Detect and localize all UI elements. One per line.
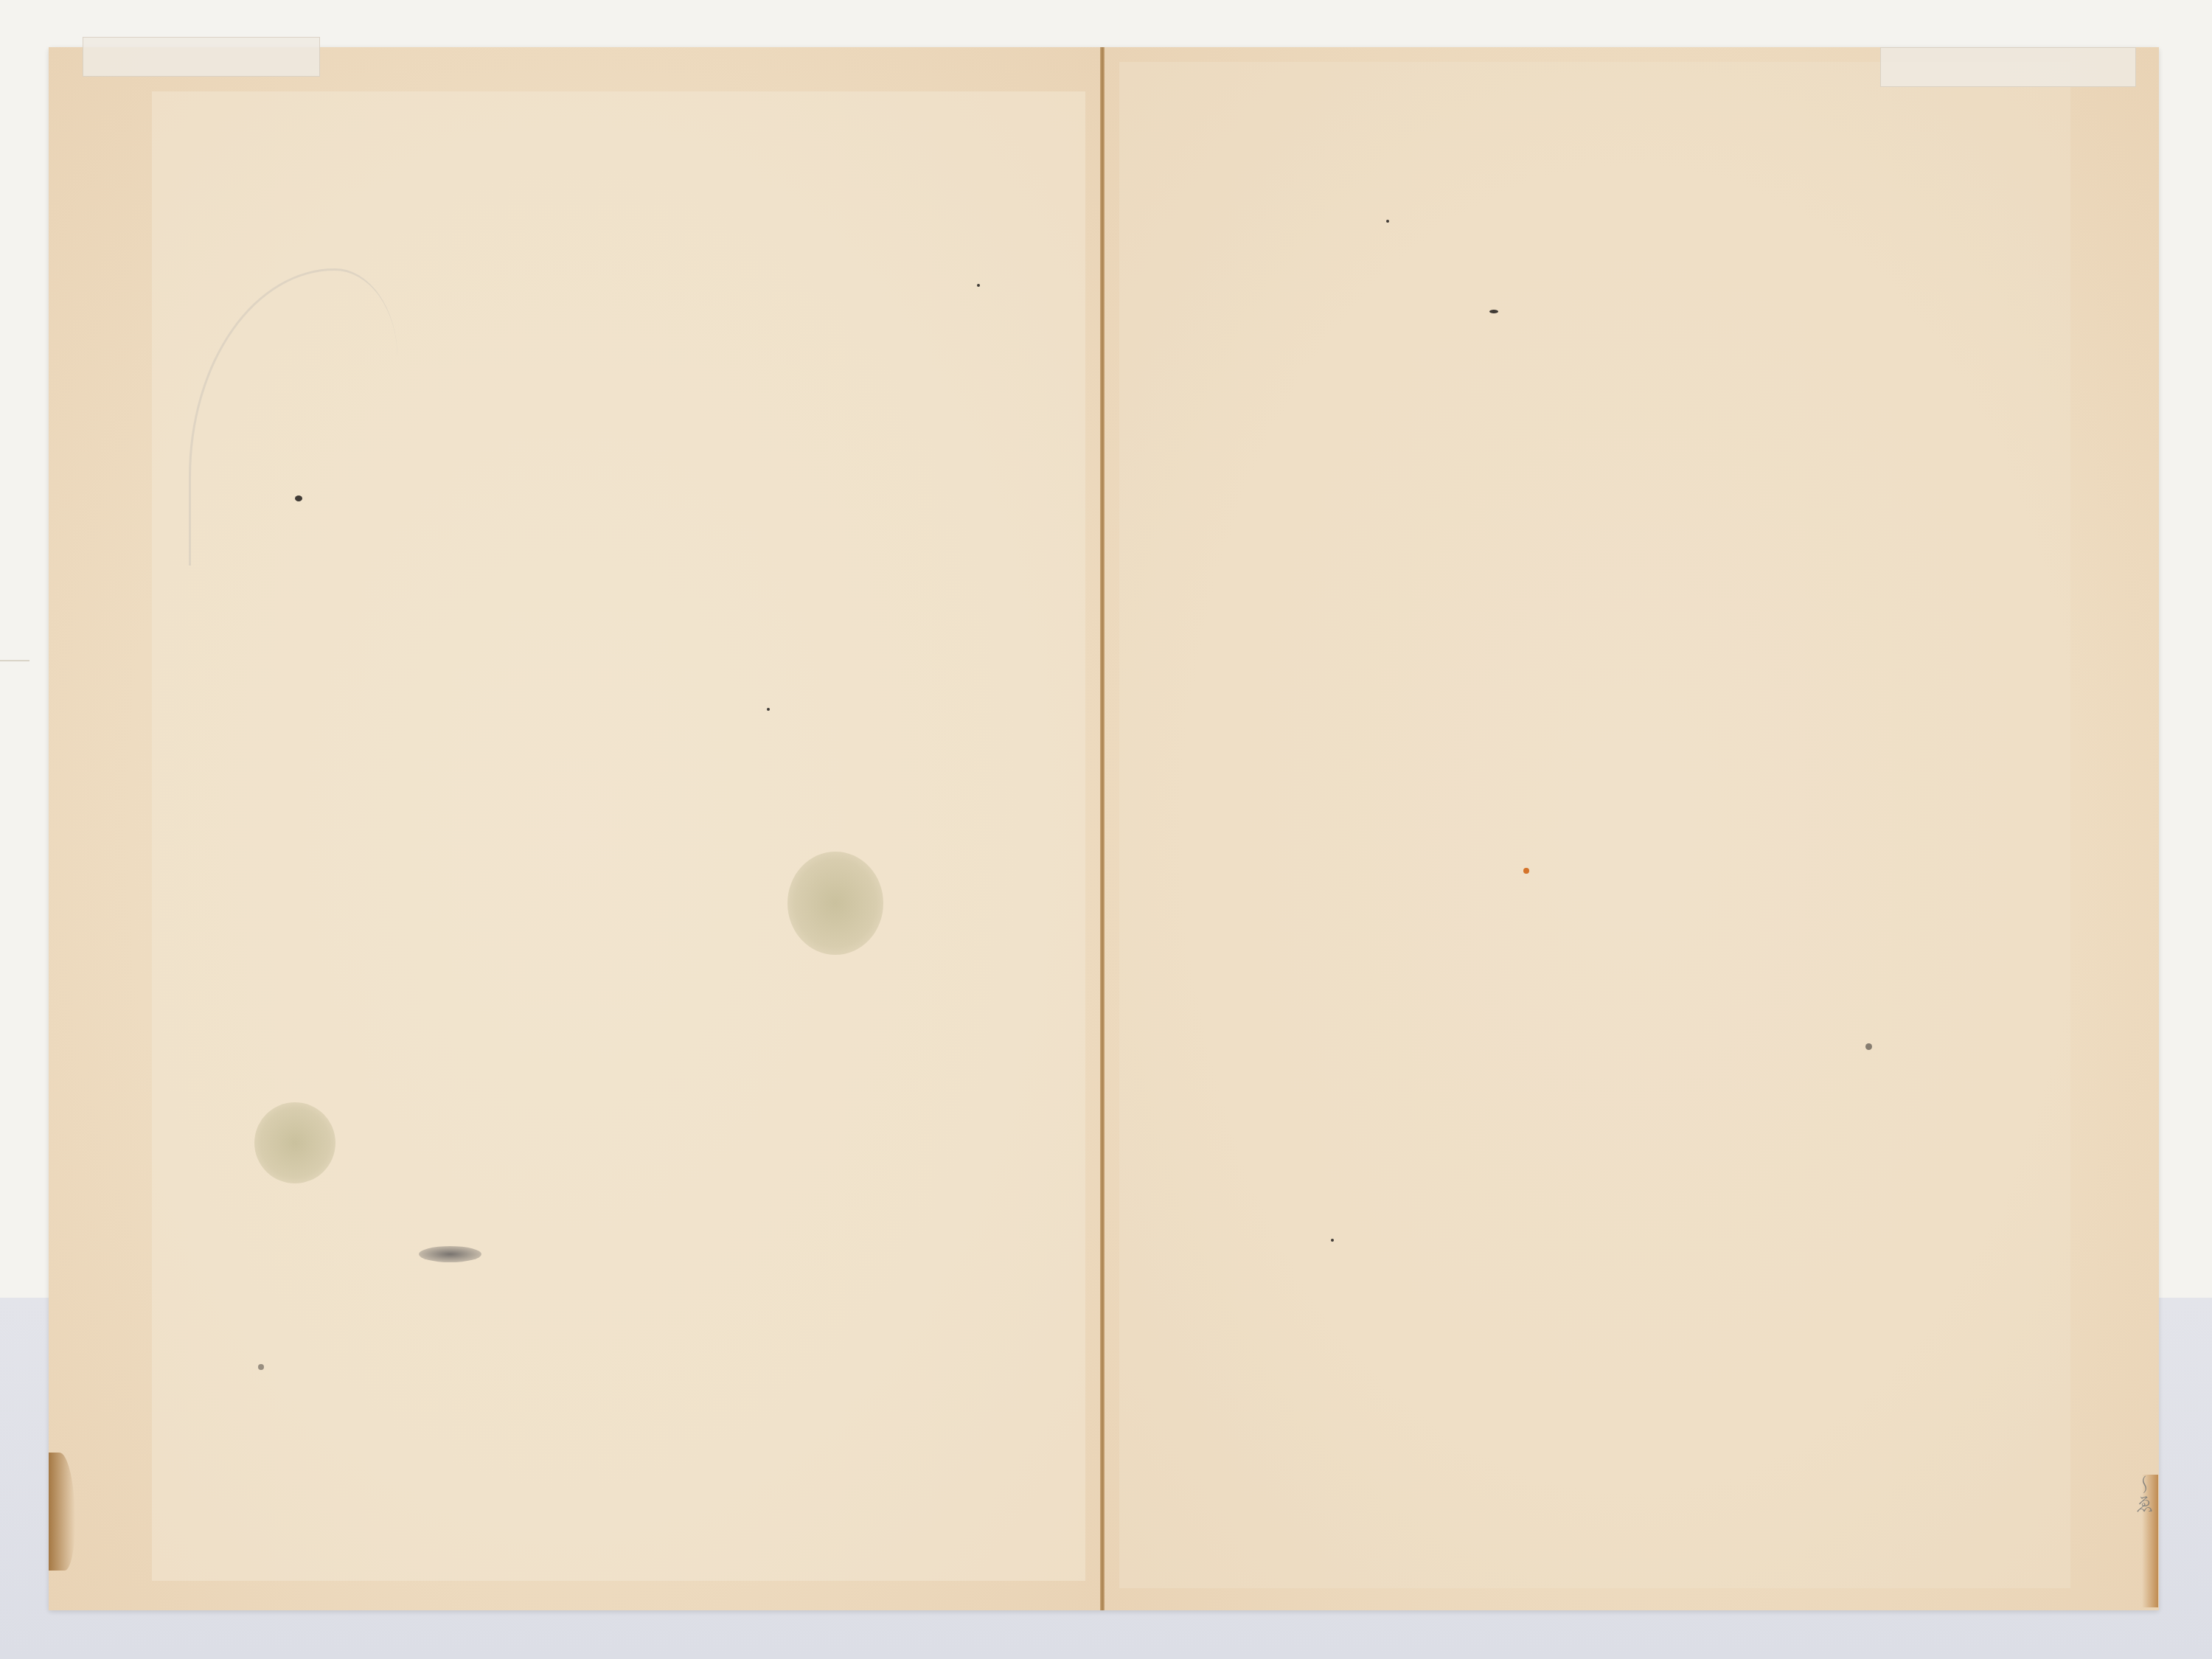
stain-spot [787, 852, 883, 955]
stain-spot [254, 1102, 335, 1183]
grey-smudge [419, 1246, 481, 1262]
left-panel [49, 47, 1100, 1610]
tape-hinge-left [83, 37, 320, 77]
orange-speck [1523, 868, 1529, 874]
speck [767, 708, 770, 711]
background-mark [0, 660, 29, 661]
speck [1331, 1239, 1334, 1242]
speck [295, 495, 302, 501]
speck [1386, 220, 1389, 223]
paper-sheet [49, 47, 2159, 1610]
right-panel [1105, 47, 2159, 1610]
speck [1489, 310, 1498, 313]
speck [258, 1364, 264, 1370]
center-fold [1100, 47, 1105, 1610]
speck [977, 284, 980, 287]
right-panel-inner-area [1119, 62, 2070, 1588]
tape-hinge-right [1880, 47, 2136, 87]
pencil-inscription: 〜ゑ [2124, 1475, 2153, 1571]
speck [1865, 1043, 1872, 1050]
